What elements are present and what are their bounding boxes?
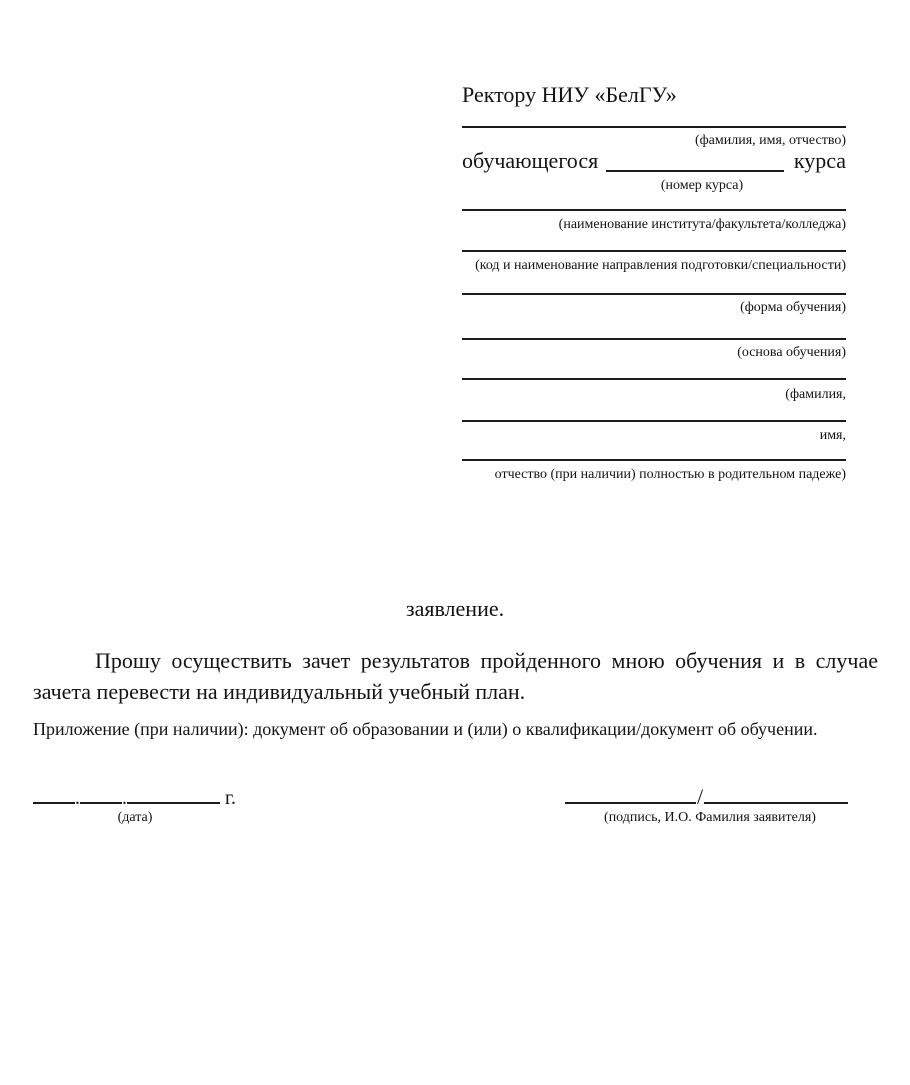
surname-blank-line — [462, 378, 846, 380]
date-caption: (дата) — [85, 810, 185, 826]
application-form-page: Ректору НИУ «БелГУ» (фамилия, имя, отчес… — [0, 0, 910, 1085]
study-basis-caption: (основа обучения) — [462, 345, 846, 361]
patronymic-caption: отчество (при наличии) полностью в родит… — [462, 467, 846, 483]
fio-blank-line — [462, 126, 846, 128]
recipient-line: Ректору НИУ «БелГУ» — [462, 82, 677, 108]
study-form-caption: (форма обучения) — [462, 300, 846, 316]
institute-caption: (наименование института/факультета/колле… — [462, 217, 846, 233]
request-paragraph-line-2: зачета перевести на индивидуальный учебн… — [33, 676, 878, 707]
signature-blank-line — [565, 786, 696, 804]
course-number-blank-line — [606, 146, 784, 172]
patronymic-blank-line — [462, 459, 846, 461]
surname-caption: (фамилия, — [462, 387, 846, 403]
date-year-suffix-label: г. — [225, 787, 236, 809]
course-number-caption: (номер курса) — [602, 178, 802, 194]
program-caption: (код и наименование направления подготов… — [462, 258, 846, 274]
name-caption: имя, — [462, 428, 846, 444]
study-form-blank-line — [462, 293, 846, 295]
request-paragraph-line-1: Прошу осуществить зачет результатов прой… — [33, 645, 878, 676]
date-day-blank-line — [33, 786, 75, 804]
signature-separator-slash: / — [696, 784, 704, 810]
study-basis-blank-line — [462, 338, 846, 340]
attachment-note: Приложение (при наличии): документ об об… — [33, 719, 893, 740]
date-month-blank-line — [80, 786, 122, 804]
date-field: .. г. — [33, 786, 236, 810]
name-blank-line — [462, 420, 846, 422]
signature-field: / — [565, 784, 855, 810]
student-course-row: обучающегося курса — [462, 146, 846, 174]
program-blank-line — [462, 250, 846, 252]
student-prefix-label: обучающегося — [462, 148, 598, 174]
application-title: заявление. — [0, 596, 910, 622]
institute-blank-line — [462, 209, 846, 211]
signature-caption: (подпись, И.О. Фамилия заявителя) — [565, 810, 855, 826]
student-suffix-label: курса — [794, 148, 846, 174]
signature-name-blank-line — [704, 786, 848, 804]
date-year-blank-line — [127, 786, 220, 804]
request-paragraph: Прошу осуществить зачет результатов прой… — [33, 645, 878, 707]
